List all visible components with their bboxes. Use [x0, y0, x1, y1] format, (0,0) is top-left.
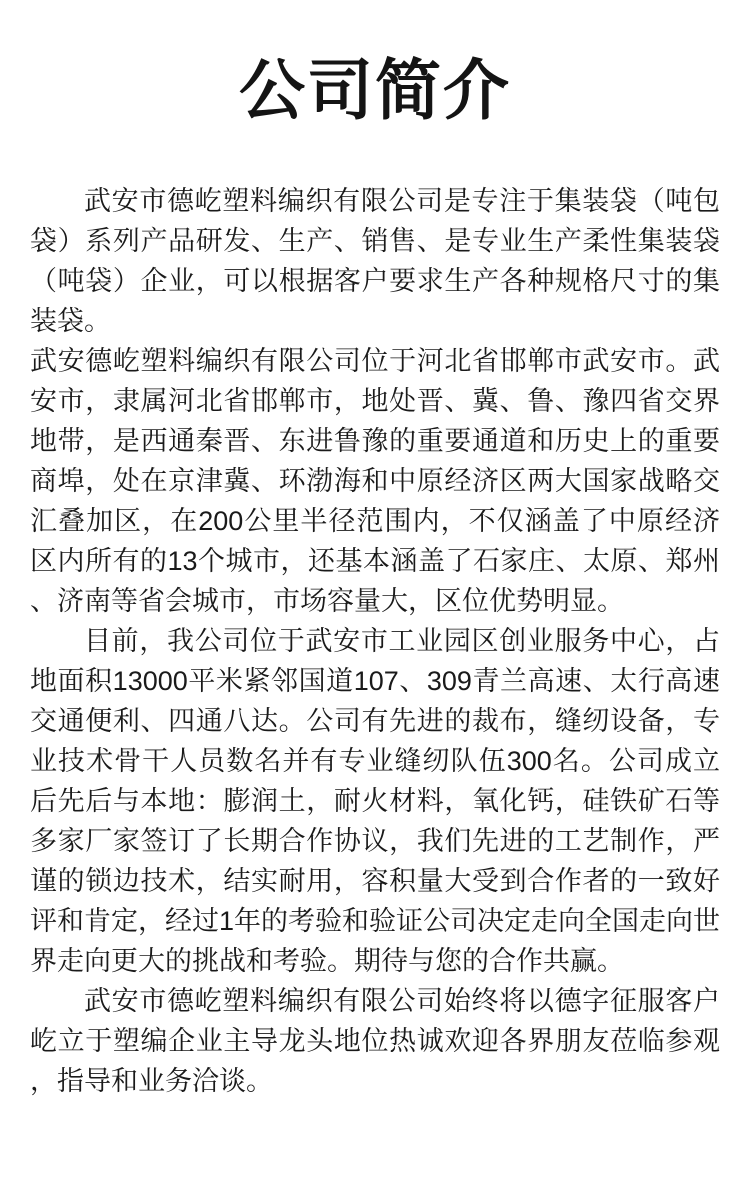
intro-text-block: 武安市德屹塑料编织有限公司是专注于集装袋（吨包袋）系列产品研发、生产、销售、是专… — [30, 181, 720, 1101]
paragraph-facilities-cooperation: 目前，我公司位于武安市工业园区创业服务中心，占地面积13000平米紧邻国道107… — [30, 621, 720, 981]
company-intro-page: 公司简介 武安市德屹塑料编织有限公司是专注于集装袋（吨包袋）系列产品研发、生产、… — [0, 0, 750, 1194]
paragraph-company-overview: 武安市德屹塑料编织有限公司是专注于集装袋（吨包袋）系列产品研发、生产、销售、是专… — [30, 181, 720, 341]
paragraph-location-advantage: 武安德屹塑料编织有限公司位于河北省邯郸市武安市。武安市，隶属河北省邯郸市，地处晋… — [30, 341, 720, 621]
page-title: 公司简介 — [30, 45, 720, 135]
paragraph-closing-welcome: 武安市德屹塑料编织有限公司始终将以德字征服客户屹立于塑编企业主导龙头地位热诚欢迎… — [30, 981, 720, 1101]
